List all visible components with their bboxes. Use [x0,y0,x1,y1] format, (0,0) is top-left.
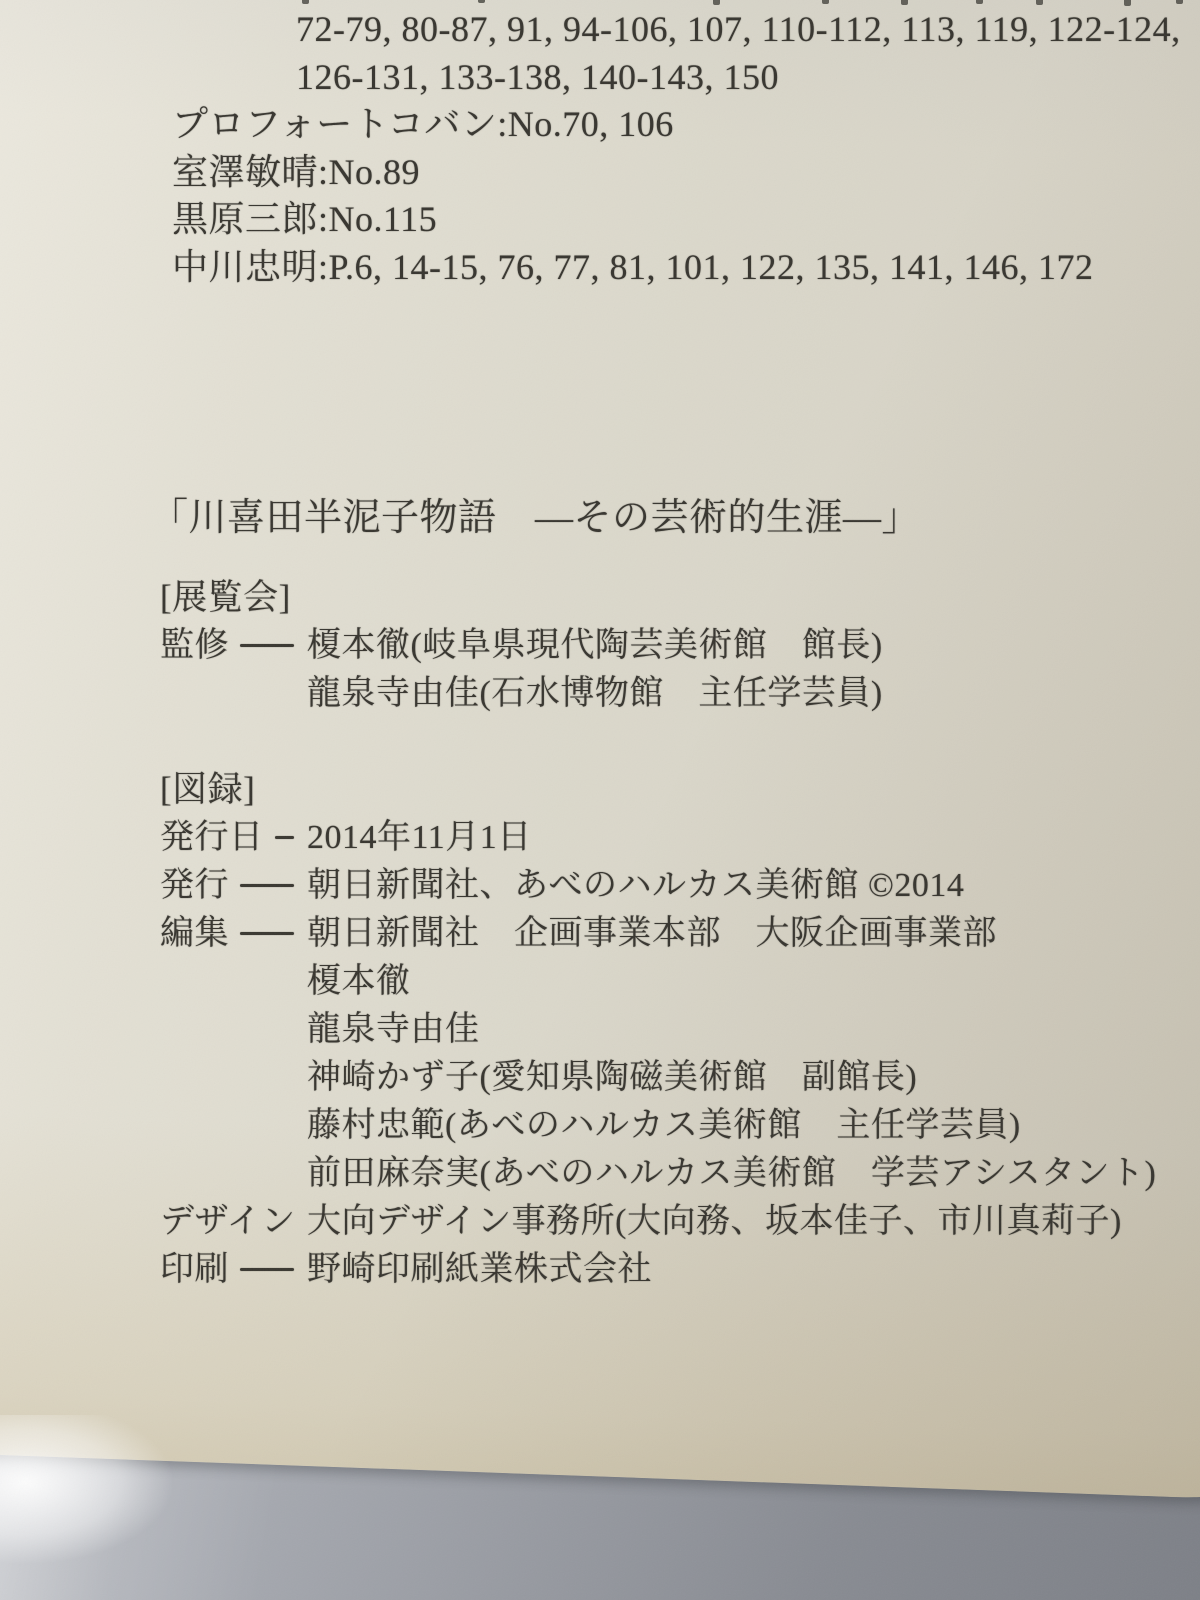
photo-of-colophon-page: 72-79, 80-87, 91, 94-106, 107, 110-112, … [0,0,1200,1600]
row-value: 前田麻奈実(あべのハルカス美術館 学芸アシスタント) [307,1156,1156,1191]
credit-row-editing-cont: 藤村忠範(あべのハルカス美術館 主任学芸員) [160,1108,1156,1143]
leader-dash [160,1108,307,1143]
credit-row-publisher: 発行 朝日新聞社、あべのハルカス美術館 ©2014 [160,868,1156,903]
row-lead: 印刷 [160,1252,307,1287]
row-value: 榎本徹(岐阜県現代陶芸美術館 館長) [307,628,883,663]
row-value: 朝日新聞社 企画事業本部 大阪企画事業部 [307,916,997,951]
row-lead: 発行 [160,868,307,903]
row-lead [160,1012,307,1047]
row-lead: 編集 [160,916,307,951]
cropped-glyph-mark [901,0,908,5]
row-lead [160,1156,307,1191]
row-value: 2014年11月1日 [307,820,532,855]
cropped-glyph-mark [302,0,309,4]
cropped-glyph-mark [478,0,485,3]
row-value: 龍泉寺由佳(石水博物館 主任学芸員) [307,676,883,711]
leader-dash [160,1012,307,1047]
cropped-glyph-mark [976,0,983,4]
leader-dash [229,916,307,951]
credit-row-editing-cont: 龍泉寺由佳 [160,1012,1156,1047]
row-lead: 監修 [160,628,307,663]
row-value: 榎本徹 [307,964,411,999]
leader-dash [229,1252,307,1287]
row-value: 藤村忠範(あべのハルカス美術館 主任学芸員) [307,1108,1021,1143]
cropped-glyph-mark [822,0,829,4]
leader-dash [160,964,307,999]
row-lead [160,964,307,999]
row-label: デザイン [160,1204,296,1239]
credit-line: 黒原三郎:No.115 [172,196,1181,244]
leader-dash [160,1156,307,1191]
row-lead [160,1108,307,1143]
page-title: 「川喜田半泥子物語 ―その芸術的生涯―」 [150,496,920,540]
leader-dash [160,1060,307,1095]
row-label: 発行日 [160,820,264,855]
credit-row-design: デザイン 大向デザイン事務所(大向務、坂本佳子、市川真莉子) [160,1204,1156,1239]
exhibition-heading: [展覧会] [160,580,883,615]
leader-dash [264,820,308,855]
credit-line: プロフォートコバン:No.70, 106 [172,101,1181,149]
credit-row-editing-cont: 榎本徹 [160,964,1156,999]
cropped-glyph-mark [1036,0,1043,5]
row-lead [160,1060,307,1095]
photographer-credits-block: 72-79, 80-87, 91, 94-106, 107, 110-112, … [172,6,1181,292]
row-label: 発行 [160,868,229,903]
credit-row-printing: 印刷 野崎印刷紙業株式会社 [160,1252,1156,1287]
cropped-glyph-mark [713,0,720,5]
page-content: 72-79, 80-87, 91, 94-106, 107, 110-112, … [0,0,1200,1600]
row-lead: デザイン [160,1204,307,1239]
credit-row-supervision: 監修 榎本徹(岐阜県現代陶芸美術館 館長) [160,628,883,663]
row-value: 野崎印刷紙業株式会社 [307,1252,652,1287]
row-label: 監修 [160,628,229,663]
row-label: 印刷 [160,1252,229,1287]
credit-line: 126-131, 133-138, 140-143, 150 [172,54,1181,102]
credit-line: 中川忠明:P.6, 14-15, 76, 77, 81, 101, 122, 1… [172,244,1181,292]
leader-dash [296,1204,307,1239]
leader-dash [229,868,307,903]
row-value: 龍泉寺由佳 [307,1012,480,1047]
row-lead [160,676,307,711]
row-value: 朝日新聞社、あべのハルカス美術館 ©2014 [307,868,964,903]
credit-row-publish-date: 発行日 2014年11月1日 [160,820,1156,855]
exhibition-section: [展覧会] 監修 榎本徹(岐阜県現代陶芸美術館 館長) 龍泉寺由佳(石水博物館 … [160,580,883,711]
credit-row-supervision-cont: 龍泉寺由佳(石水博物館 主任学芸員) [160,676,883,711]
credit-row-editing: 編集 朝日新聞社 企画事業本部 大阪企画事業部 [160,916,1156,951]
credit-line: 室澤敏晴:No.89 [172,149,1181,197]
row-lead: 発行日 [160,820,307,855]
row-value: 大向デザイン事務所(大向務、坂本佳子、市川真莉子) [307,1204,1122,1239]
catalog-heading: [図録] [160,772,1156,807]
leader-dash [160,676,307,711]
leader-dash [229,628,307,663]
credit-row-editing-cont: 神崎かず子(愛知県陶磁美術館 副館長) [160,1060,1156,1095]
credit-row-editing-cont: 前田麻奈実(あべのハルカス美術館 学芸アシスタント) [160,1156,1156,1191]
row-value: 神崎かず子(愛知県陶磁美術館 副館長) [307,1060,917,1095]
credit-line: 72-79, 80-87, 91, 94-106, 107, 110-112, … [172,6,1181,54]
row-label: 編集 [160,916,229,951]
cropped-glyph-mark [1176,0,1183,4]
catalog-section: [図録] 発行日 2014年11月1日 発行 朝日新聞社、あべのハルカス美術館 … [160,772,1156,1287]
